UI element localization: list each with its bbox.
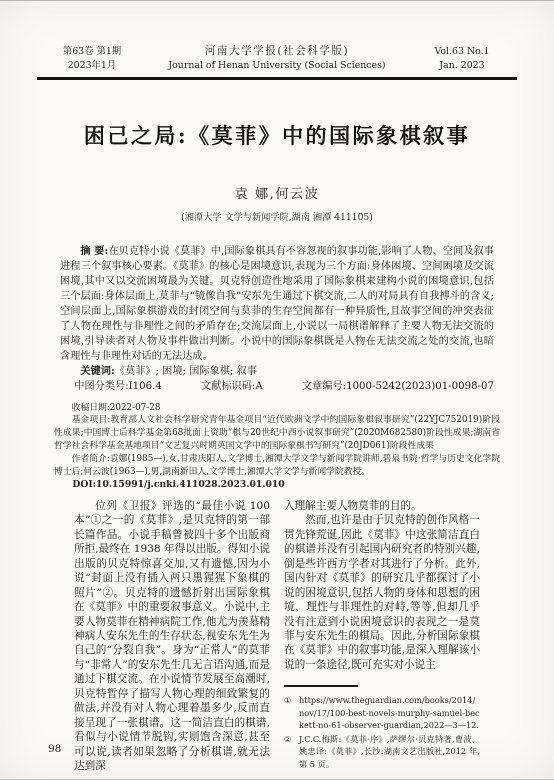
abstract-paragraph: 摘 要:在贝克特小说《莫菲》中,国际象棋具有不容忽视的叙事功能,影响了人物、空间… xyxy=(60,244,494,365)
author-affiliation: (湘潭大学 文学与新闻学院,湖南 湘潭 411105) xyxy=(37,209,517,223)
keywords-line: 关键词:《莫菲》; 困境; 国际象棋; 叙事 xyxy=(60,364,494,379)
abstract-block: 摘 要:在贝克特小说《莫菲》中,国际象棋具有不容忽视的叙事功能,影响了人物、空间… xyxy=(60,244,494,395)
volume-issue-cn: 第63卷 第1期 xyxy=(37,45,147,59)
body-paragraph: 位列《卫报》评选的“最佳小说 100 本”①之一的《莫菲》,是贝克特的第一部长篇… xyxy=(74,499,270,774)
footnote-marker: ① xyxy=(284,694,299,732)
footnote-text: https://www.theguardian.com/books/2014/n… xyxy=(299,694,480,732)
classification-line: 中图分类号:I106.4 文献标识码:A 文章编号:1000-5242(2023… xyxy=(60,379,494,394)
article-id: 文章编号:1000-5242(2023)01-0098-07 xyxy=(302,379,494,394)
journal-article-page: 第63卷 第1期 2023年1月 河南大学学报(社会科学版) Journal o… xyxy=(0,0,554,780)
issue-date-cn: 2023年1月 xyxy=(37,59,147,73)
received-date: 收稿日期:2022-07-28 xyxy=(54,402,500,415)
keywords-text: 《莫菲》; 困境; 国际象棋; 叙事 xyxy=(115,366,257,377)
right-column: 入理解主要人物莫菲的目的。 然而,也许是由于贝克特的创作风格一贯先锋荒诞,因此《… xyxy=(284,499,480,774)
article-title: 困己之局:《莫菲》中的国际象棋叙事 xyxy=(37,120,517,150)
funding-note: 基金项目:教育部人文社会科学研究青年基金项目“近代欧洲文学中的国际象棋叙事研究”… xyxy=(54,414,500,453)
keywords-label: 关键词: xyxy=(80,365,114,377)
footnote-1: ① https://www.theguardian.com/books/2014… xyxy=(284,694,480,732)
abstract-label: 摘 要: xyxy=(80,245,108,257)
body-paragraph: 然而,也许是由于贝克特的创作风格一贯先锋荒诞,因此《莫菲》中这张简洁直白的棋谱并… xyxy=(284,513,480,672)
body-paragraph-continued: 入理解主要人物莫菲的目的。 xyxy=(284,499,480,513)
left-column: 位列《卫报》评选的“最佳小说 100 本”①之一的《莫菲》,是贝克特的第一部长篇… xyxy=(74,499,270,774)
vol-no-en: Vol.63 No.1 xyxy=(407,45,517,59)
header-divider xyxy=(37,77,517,80)
header-vol-no-en: Vol.63 No.1 Jan. 2023 xyxy=(407,45,517,72)
journal-name: 河南大学学报(社会科学版) Journal of Henan Universit… xyxy=(147,45,407,72)
author-bio-note: 作者简介:袁娜(1985—),女,甘肃庆阳人,文学博士,湘潭大学文学与新闻学院讲… xyxy=(54,453,500,479)
abstract-text: 在贝克特小说《莫菲》中,国际象棋具有不容忽视的叙事功能,影响了人物、空间及叙事进… xyxy=(60,246,494,363)
clc-number: 中图分类号:I106.4 xyxy=(74,379,162,394)
issue-date-en: Jan. 2023 xyxy=(407,59,517,73)
journal-name-en: Journal of Henan University (Social Scie… xyxy=(147,59,407,73)
footnote-text: J.C.C.梅斯:《莫菲·序》,萨缪尔·贝克特著,曹波、姚忠译:《莫菲》,长沙:… xyxy=(299,733,480,771)
journal-name-cn: 河南大学学报(社会科学版) xyxy=(147,45,407,59)
footnote-2: ② J.C.C.梅斯:《莫菲·序》,萨缪尔·贝克特著,曹波、姚忠译:《莫菲》,长… xyxy=(284,733,480,771)
article-authors: 袁 娜,何云波 xyxy=(37,183,517,202)
page-number: 98 xyxy=(48,743,61,755)
front-matter-notes: 收稿日期:2022-07-28 基金项目:教育部人文社会科学研究青年基金项目“近… xyxy=(54,402,500,492)
body-columns: 位列《卫报》评选的“最佳小说 100 本”①之一的《莫菲》,是贝克特的第一部长篇… xyxy=(74,499,480,774)
document-code: 文献标识码:A xyxy=(201,379,263,394)
footnote-marker: ② xyxy=(284,733,299,771)
footnote-divider xyxy=(284,685,358,687)
header-volume-issue: 第63卷 第1期 2023年1月 xyxy=(37,45,147,72)
journal-header: 第63卷 第1期 2023年1月 河南大学学报(社会科学版) Journal o… xyxy=(37,1,517,72)
doi-line: DOI:10.15991/j.cnki.411028.2023.01.010 xyxy=(54,479,500,492)
